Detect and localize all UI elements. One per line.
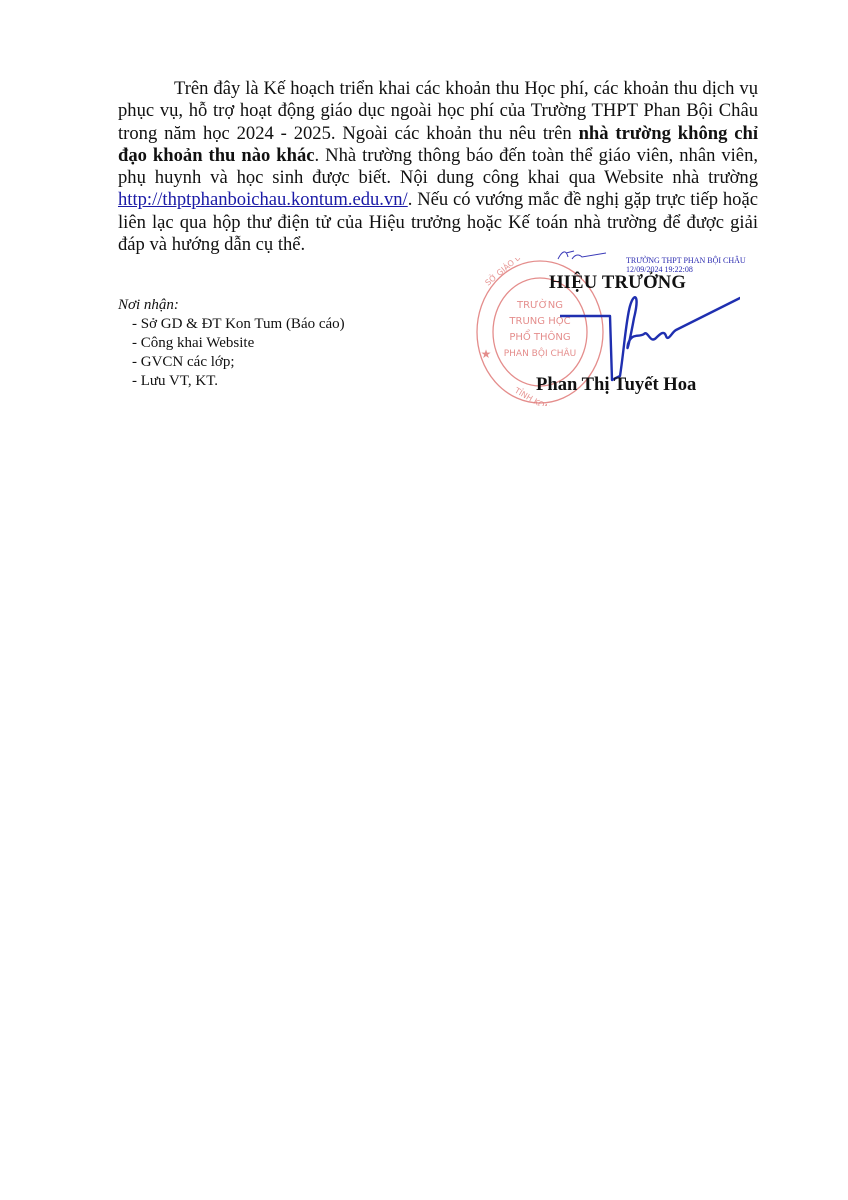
recipient-item: - Lưu VT, KT. (118, 372, 345, 391)
stamp-line-1: TRƯỜNG (516, 298, 563, 311)
recipients-title: Nơi nhận: (118, 296, 345, 315)
recipient-item: - Công khai Website (118, 334, 345, 353)
recipient-item: - GVCN các lớp; (118, 353, 345, 372)
recipient-item: - Sở GD & ĐT Kon Tum (Báo cáo) (118, 315, 345, 334)
svg-text:★: ★ (481, 347, 492, 361)
closing-paragraph: Trên đây là Kế hoạch triển khai các khoả… (118, 78, 758, 256)
school-website-link[interactable]: http://thptphanboichau.kontum.edu.vn/ (118, 189, 408, 210)
signer-name: Phan Thị Tuyết Hoa (536, 374, 696, 396)
recipients-block: Nơi nhận: - Sở GD & ĐT Kon Tum (Báo cáo)… (118, 296, 345, 391)
